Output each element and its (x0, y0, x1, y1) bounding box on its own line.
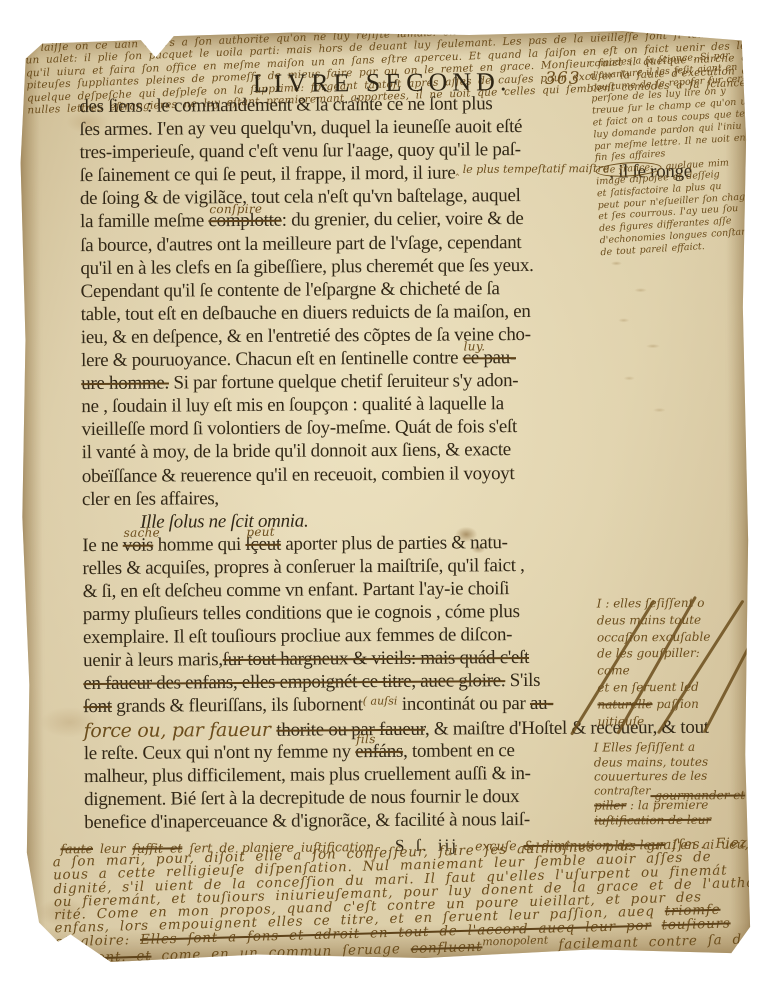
print-text: ſe ſainement ce qui ſe peut, il frappe, … (80, 163, 456, 187)
print-text: vieilleſſe mord ſi volontiers de ſoy-meſ… (81, 416, 517, 440)
print-text: grands & fleuriſſans, ils ſubornent (112, 695, 363, 718)
print-text: Ie ne (82, 535, 123, 556)
print-text: parmy pluſieurs telles conditions que ie… (83, 601, 520, 625)
right-marginalia-struck: I : elles ſeſiſſent odeus mains touteocc… (597, 595, 754, 731)
text-line: benefice d'inaperceuance & d'ignorãce, &… (84, 808, 650, 835)
correction-word-above: peut (246, 525, 275, 539)
handwriting-text: ( auſsi (363, 695, 398, 708)
handwriting-text: ‸ le plus tempeſtatif maiſtre (455, 162, 609, 176)
print-text: S'ils (505, 670, 540, 691)
print-text: ne , ſoudain il luy eſt mis en ſoupçon :… (81, 393, 504, 417)
print-text: ure homme. (81, 373, 169, 395)
text-line: I : elles ſeſiſſent o (597, 595, 754, 613)
print-text: le reſte. Ceux qui n'ont ny femme ny (84, 741, 356, 764)
right-marginalia-top: comodes a ſa ſciance. Si pard'auanture i… (589, 49, 753, 259)
handwriting-text: force ou, par faueur (84, 718, 277, 741)
print-text: thorite ou par faueur (276, 718, 425, 740)
text-line: contraſter gourmander et (594, 783, 753, 799)
print-text: relles & acquiſes, propres à conſeruer l… (82, 555, 524, 579)
handwriting-text: deus mains, toutes (594, 754, 708, 769)
print-text: ſont (83, 696, 112, 717)
printed-text-block: des ſiens : le commandement & la crainte… (79, 92, 650, 835)
print-text: : du grenier, du celier, voire & de (282, 208, 524, 231)
print-text: dignement. Bié ſert à la decrepitude de … (84, 786, 519, 810)
right-marginalia-lower: I Elles ſeſiſſent adeus mains, toutescou… (594, 739, 754, 828)
print-text: , tombent en ce (403, 740, 515, 762)
hand-correction: peutſçeut (245, 534, 281, 556)
handwriting-text: : la premiere (626, 798, 708, 813)
print-text: incontinát ou par (397, 693, 530, 715)
print-text: exemplaire. Il eſt touſiours procliue au… (83, 624, 512, 648)
manuscript-page-scan: ± laiſſe on ce uain cours a ſon authorit… (17, 27, 753, 964)
bottom-marginalia: a ſon mari, pour, diſoit elle a ſon conf… (52, 834, 753, 960)
print-text: benefice d'inaperceuance & d'ignorãce, &… (84, 809, 530, 833)
hand-correction: filsenfáns (355, 741, 403, 763)
print-text: lere & pouruoyance. Chacun eſt en ſentin… (81, 347, 463, 371)
print-text: Cependant qu'il ſe contente de l'eſpargn… (80, 278, 499, 302)
handwriting-text: come en un commun ſeruage (151, 941, 411, 964)
scan-background: { "header": { "title": "LIVRE SECOND.", … (0, 0, 768, 994)
print-text: Si par fortune quelque chetif ſeruiteur … (169, 370, 518, 393)
text-line: iuſtification de leur (594, 812, 753, 828)
text-line: deus mains, toutes (594, 754, 753, 770)
handwriting-text: contraſter (594, 784, 650, 797)
print-text: au- (530, 693, 554, 714)
print-text: il vanté à moy, de la bride qu'il donnoi… (82, 440, 511, 464)
print-text: des ſiens : le commandement & la crainte… (79, 93, 492, 117)
print-text: ſa bource, d'autres ont la meilleure par… (80, 232, 521, 256)
text-line: couuertures de les (594, 769, 753, 785)
print-text: Ille ſolus ne ſcit omnia. (140, 510, 308, 532)
handwriting-text: facilemant contre ſa dominatiõ (548, 930, 753, 953)
print-text: obeïſſance & reuerence qu'il en receuoit… (82, 463, 515, 487)
print-text: en faueur des enfans, elles empoignét ce… (83, 671, 505, 695)
print-text: malheur, plus difficilement, mais plus c… (84, 763, 531, 787)
handwriting-text: cela ont. et (55, 948, 151, 964)
print-text: aporter plus de parties & natu- (281, 532, 508, 555)
page-number-annotation: 363 (545, 69, 581, 89)
handwriting-text: monopolent (482, 934, 548, 949)
text-line: I Elles ſeſiſſent a (594, 739, 754, 755)
handwriting-text: naturelle (597, 697, 652, 711)
handwriting-text: iuſtification de leur (594, 813, 711, 828)
print-text: ſur tout hargneux & vieils: mais quád c'… (223, 647, 529, 670)
correction-word-above: conſpire (209, 202, 262, 216)
handwriting-text: de les gouſpiller: (597, 646, 700, 661)
hand-correction: conſpirecomplotte (208, 210, 281, 233)
handwriting-text: couuertures de les (594, 769, 707, 784)
correction-word-above: luy. (464, 339, 486, 353)
correction-word-above: fils (356, 732, 376, 746)
print-text: cler en ſes affaires, (82, 488, 219, 510)
handwriting-text: occaſion excuſable (597, 629, 711, 644)
hand-correction: luy.ce pau- (463, 347, 516, 369)
print-text: qu'il en à les clefs en ſa gibeſſiere, p… (80, 255, 533, 279)
print-text: la famille meſme (80, 211, 209, 233)
handwriting-text: I Elles ſeſiſſent a (594, 740, 695, 755)
correction-word-above: sache (124, 526, 160, 540)
print-text: homme qui (153, 534, 245, 556)
handwriting-text: confluent (411, 939, 483, 957)
print-text: de ſoing & de vigilãce, tout cela n'eſt … (80, 185, 521, 209)
print-text: & ſi, en eſt deſcheu comme vn enfant. Pa… (83, 578, 510, 602)
print-text: ſes armes. I'en ay veu quelqu'vn, duquel… (79, 116, 522, 140)
print-text: table, tout eſt en deſbauche en diuers r… (81, 301, 531, 325)
handwriting-text: piller (594, 799, 626, 813)
hand-correction: sachevois (123, 534, 154, 556)
print-text: uenir à leurs maris, (83, 649, 223, 671)
print-text: tres-imperieuſe, quand c'eſt venu ſur l'… (80, 139, 521, 163)
